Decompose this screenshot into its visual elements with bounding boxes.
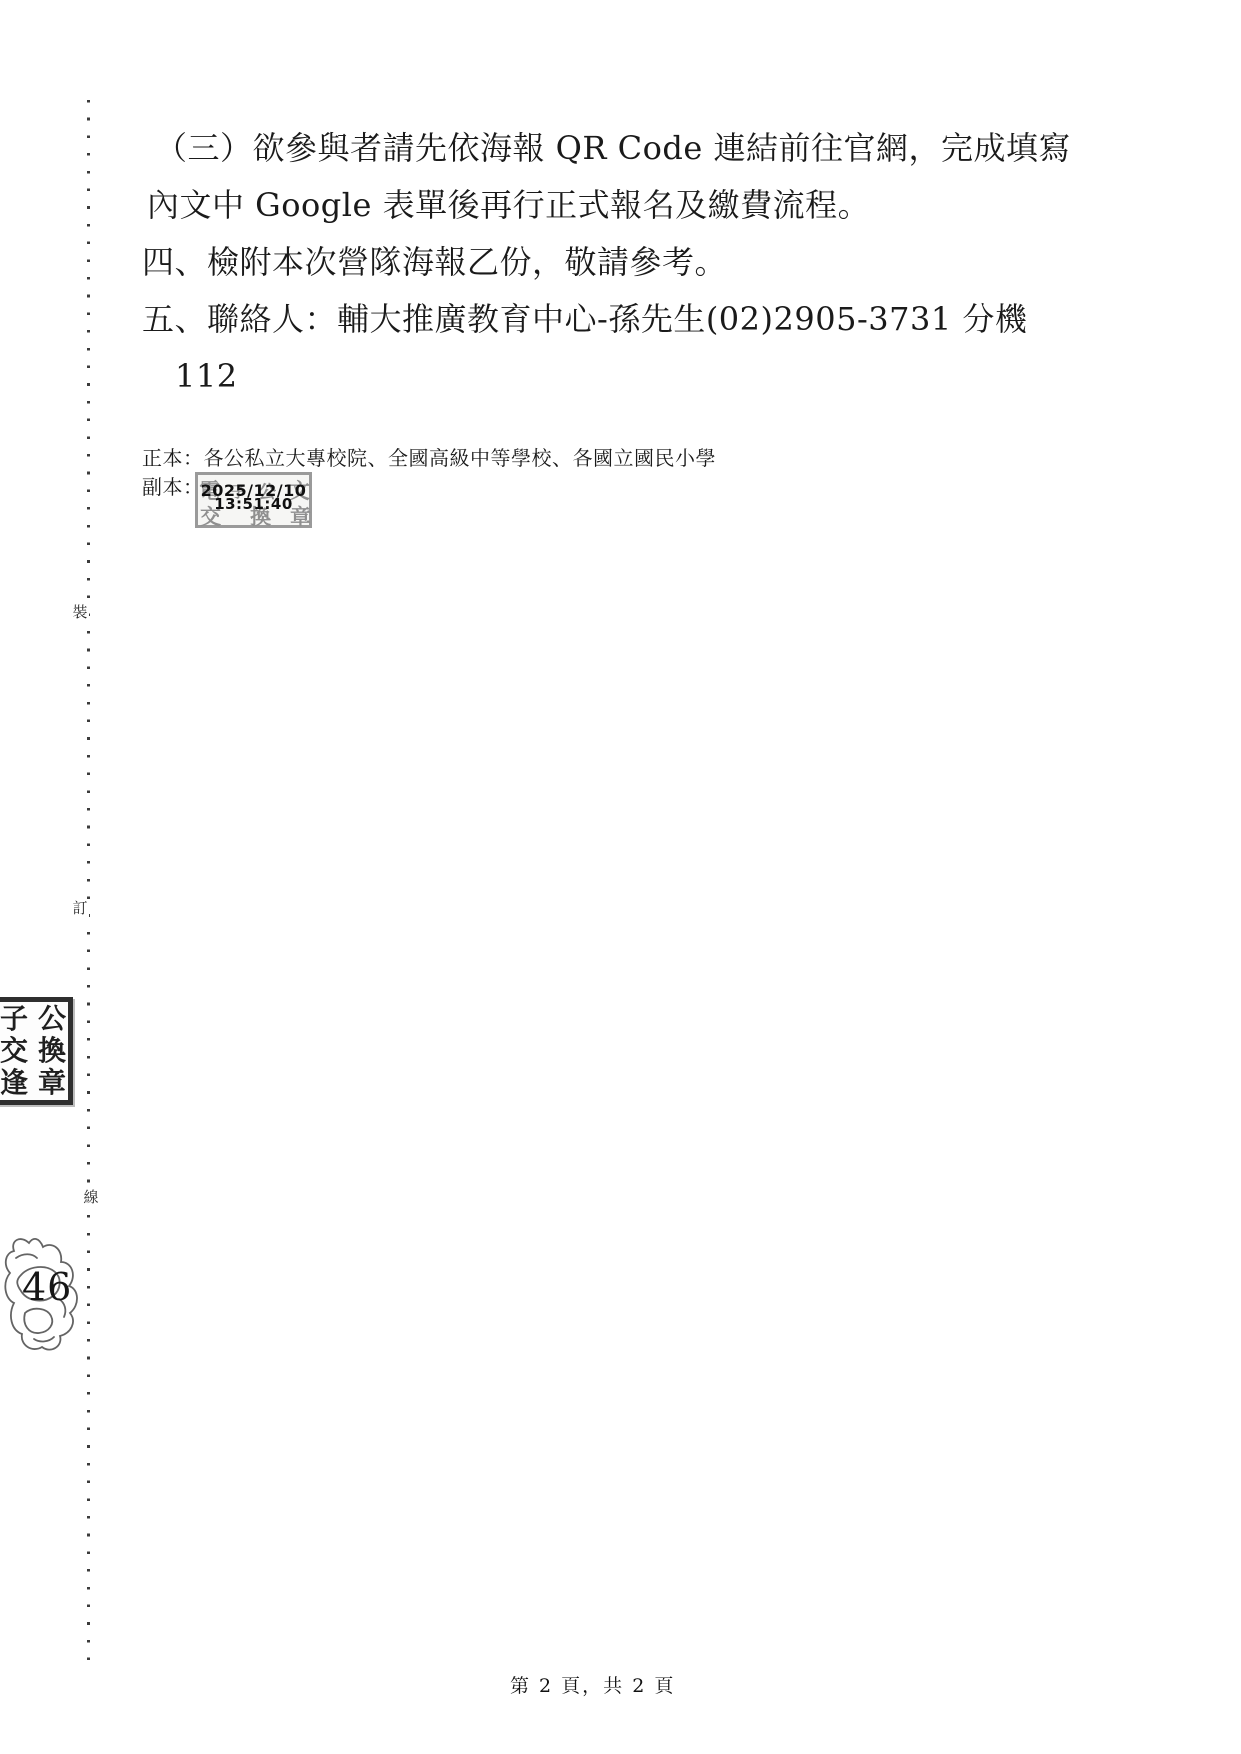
binding-mark-zhuang: 裝 bbox=[71, 603, 89, 622]
body-line-3: 四、檢附本次營隊海報乙份，敬請參考。 bbox=[142, 234, 1122, 291]
binding-dotted-line bbox=[87, 100, 90, 1666]
page-count-number: 46 bbox=[22, 1267, 72, 1307]
edge-stamp-char: 子 bbox=[0, 1003, 29, 1035]
edge-stamp-right-column: 公 換 章 bbox=[37, 1003, 67, 1099]
body-line-4: 五、聯絡人：輔大推廣教育中心-孫先生(02)2905-3731 分機 bbox=[142, 291, 1122, 348]
stamp-time: 13:51:40 bbox=[198, 497, 309, 512]
document-page: 裝 訂 線 （三）欲參與者請先依海報 QR Code 連結前往官網，完成填寫 內… bbox=[0, 0, 1241, 1754]
body-line-1: （三）欲參與者請先依海報 QR Code 連結前往官網，完成填寫 bbox=[142, 120, 1122, 177]
binding-mark-xian: 線 bbox=[82, 1188, 100, 1207]
edge-stamp-char: 交 bbox=[0, 1035, 29, 1067]
edge-stamp-char: 公 bbox=[37, 1003, 67, 1035]
body-line-2: 內文中 Google 表單後再行正式報名及繳費流程。 bbox=[142, 177, 1122, 234]
body-line-5: 112 bbox=[142, 348, 1122, 405]
edge-exchange-stamp-partial: 子 交 逢 公 換 章 bbox=[0, 997, 73, 1105]
edge-stamp-left-column: 子 交 逢 bbox=[0, 1003, 29, 1099]
edge-stamp-char: 章 bbox=[37, 1067, 67, 1099]
binding-mark-ding: 訂 bbox=[71, 899, 89, 918]
edge-stamp-char: 逢 bbox=[0, 1067, 29, 1099]
footer-page-info: 第 2 頁，共 2 頁 bbox=[510, 1671, 675, 1698]
recipient-original: 正本：各公私立大專校院、全國高級中等學校、各國立國民小學 bbox=[142, 446, 716, 470]
document-body: （三）欲參與者請先依海報 QR Code 連結前往官網，完成填寫 內文中 Goo… bbox=[142, 120, 1122, 405]
edge-stamp-char: 換 bbox=[37, 1035, 67, 1067]
electronic-exchange-stamp: 電 子 公 文 交 換 章 2025/12/10 13:51:40 bbox=[195, 472, 312, 528]
